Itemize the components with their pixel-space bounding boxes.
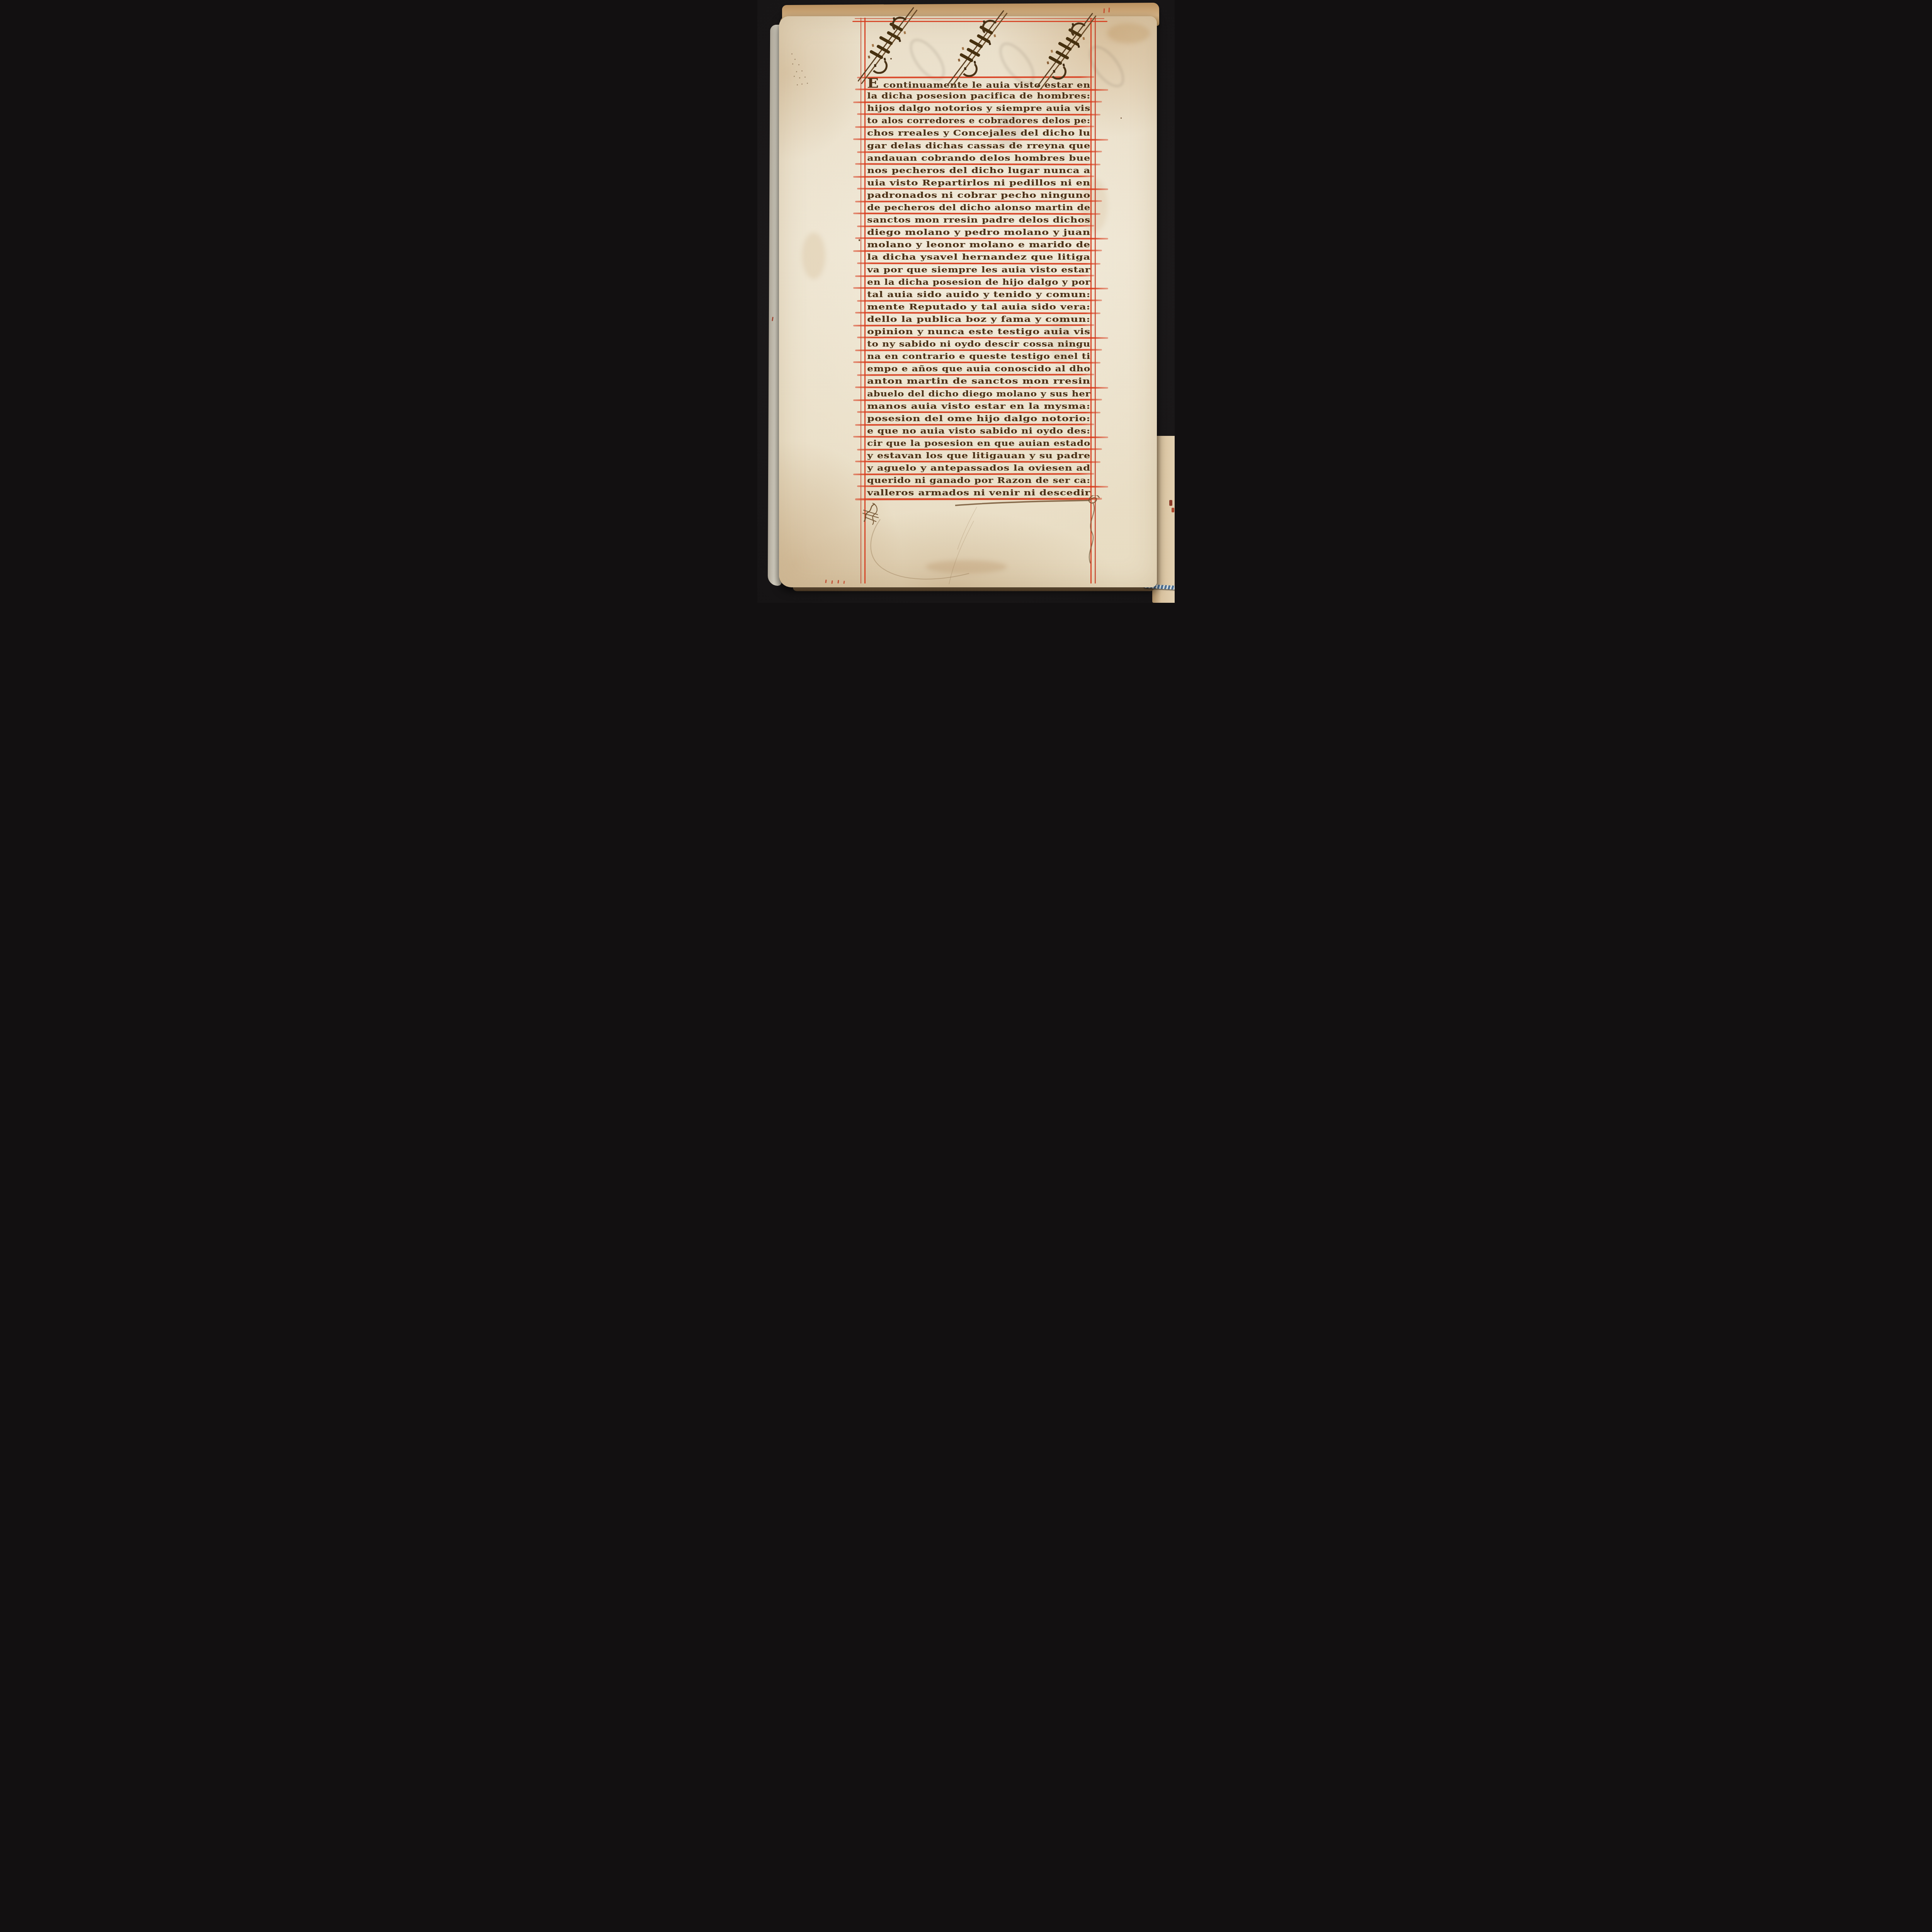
manuscript-line-text: to alos corredores e cobradores delos pe…	[867, 115, 1090, 126]
pricking-dot	[797, 84, 798, 85]
manuscript-line-text: y estavan los que litigauan y su padre	[867, 450, 1090, 461]
manuscript-line: e que no auia visto sabido ni oydo des:	[867, 425, 1090, 437]
manuscript-line-text: sanctos mon rresin padre delos dichos	[867, 214, 1090, 226]
parchment-stain	[802, 233, 825, 279]
manuscript-line: la dicha posesion pacifica de hombres:	[867, 90, 1090, 102]
manuscript-line: to ny sabido ni oydo descir cossa ningu	[867, 338, 1090, 350]
manuscript-line-text: y aguelo y antepassados la oviesen ad	[867, 462, 1090, 474]
manuscript-line-text: opinion y nunca este testigo auia vis	[867, 326, 1090, 337]
manuscript-line-text: la dicha posesion pacifica de hombres:	[867, 90, 1090, 102]
manuscript-line: gar delas dichas cassas de rreyna que	[867, 140, 1090, 151]
manuscript-line-text: mente Reputado y tal auia sido vera:	[867, 301, 1090, 313]
manuscript-line: na en contrario e queste testigo enel ti	[867, 350, 1090, 362]
manuscript-line: anton martin de sanctos mon rresin	[867, 375, 1090, 387]
manuscript-line: tal auia sido auido y tenido y comun:	[867, 289, 1090, 300]
manuscript-line: hijos dalgo notorios y siempre auia vis	[867, 102, 1090, 114]
manuscript-line-text: uia visto Repartirlos ni pedillos ni en	[867, 177, 1090, 189]
manuscript-line: molano y leonor molano e marido de	[867, 239, 1090, 250]
manuscript-line-text: posesion del ome hijo dalgo notorio:	[867, 413, 1090, 424]
manuscript-line-text: abuelo del dicho diego molano y sus her	[867, 388, 1090, 400]
manuscript-line: sanctos mon rresin padre delos dichos	[867, 214, 1090, 226]
manuscript-line-text: de pecheros del dicho alonso martin de	[867, 202, 1090, 213]
manuscript-line-text: andauan cobrando delos hombres bue	[867, 152, 1090, 164]
pricking-dot	[801, 70, 803, 71]
manuscript-line: y estavan los que litigauan y su padre	[867, 450, 1090, 461]
manuscript-line: posesion del ome hijo dalgo notorio:	[867, 413, 1090, 424]
manuscript-line-text: manos auia visto estar en la mysma:	[867, 400, 1090, 412]
manuscript-line-text: nos pecheros del dicho lugar nunca a	[867, 165, 1090, 176]
manuscript-line-text: gar delas dichas cassas de rreyna que	[867, 140, 1090, 151]
ink-closing-rule-icon	[954, 495, 1108, 573]
pricking-dot	[798, 64, 799, 65]
manuscript-line: opinion y nunca este testigo auia vis	[867, 326, 1090, 337]
manuscript-line-text: hijos dalgo notorios y siempre auia vis	[867, 102, 1090, 114]
red-edge-fragment	[1172, 508, 1174, 512]
manuscript-line: dello la publica boz y fama y comun:	[867, 313, 1090, 325]
manuscript-line-text: padronados ni cobrar pecho ninguno	[867, 189, 1090, 201]
manuscript-line: y aguelo y antepassados la oviesen ad	[867, 462, 1090, 474]
manuscript-line: uia visto Repartirlos ni pedillos ni en	[867, 177, 1090, 189]
manuscript-line: va por que siempre les auia visto estar	[867, 264, 1090, 276]
manuscript-line: manos auia visto estar en la mysma:	[867, 400, 1090, 412]
manuscript-line-text: tal auia sido auido y tenido y comun:	[867, 289, 1090, 300]
manuscript-line-text: va por que siempre les auia visto estar	[867, 264, 1090, 276]
manuscript-line: cir que la posesion en que auian estado	[867, 437, 1090, 449]
manuscript-line-text: querido ni ganado por Razon de ser ca:	[867, 474, 1090, 486]
manuscript-line: diego molano y pedro molano y juan	[867, 226, 1090, 238]
manuscript-line-text: molano y leonor molano e marido de	[867, 239, 1090, 250]
manuscript-line-text: empo e años que auia conoscido al dho	[867, 363, 1090, 374]
manuscript-line-text: anton martin de sanctos mon rresin	[867, 375, 1090, 387]
pricking-dot	[801, 83, 803, 85]
manuscript-line: querido ni ganado por Razon de ser ca:	[867, 474, 1090, 486]
manuscript-line: en la dicha posesion de hijo dalgo y por	[867, 276, 1090, 288]
next-leaf-ruling-tick	[837, 580, 839, 583]
parchment-stain	[1107, 23, 1150, 43]
manuscript-line-text: chos rreales y Concejales del dicho lu	[867, 127, 1090, 139]
pricking-dot	[796, 71, 797, 72]
next-leaf-ruling-tick	[825, 580, 827, 583]
manuscript-line-text: na en contrario e queste testigo enel ti	[867, 350, 1090, 362]
manuscript-line: abuelo del dicho diego molano y sus her	[867, 388, 1090, 400]
pricking-dot	[804, 77, 806, 78]
manuscript-line: empo e años que auia conoscido al dho	[867, 363, 1090, 374]
manuscript-line: de pecheros del dicho alonso martin de	[867, 202, 1090, 213]
manuscript-line: to alos corredores e cobradores delos pe…	[867, 115, 1090, 126]
next-leaf-ruling-tick	[831, 580, 833, 584]
manuscript-line: andauan cobrando delos hombres bue	[867, 152, 1090, 164]
manuscript-line: la dicha ysavel hernandez que litiga	[867, 251, 1090, 263]
ink-speck	[859, 239, 860, 241]
manuscript-line-text: la dicha ysavel hernandez que litiga	[867, 251, 1090, 263]
behind-leaf-red-ruling-tick	[1109, 8, 1110, 12]
manuscript-line: chos rreales y Concejales del dicho lu	[867, 127, 1090, 139]
pricking-dot	[807, 83, 808, 84]
manuscript-line-text: cir que la posesion en que auian estado	[867, 437, 1090, 449]
manuscript-line: padronados ni cobrar pecho ninguno	[867, 189, 1090, 201]
pricking-dot	[799, 77, 800, 78]
pricking-dot	[794, 76, 795, 77]
manuscript-line-text: diego molano y pedro molano y juan	[867, 226, 1090, 238]
ink-speck	[1121, 117, 1122, 119]
manuscript-line-text: e que no auia visto sabido ni oydo des:	[867, 425, 1090, 437]
pricking-dot	[791, 53, 793, 54]
red-edge-fragment	[1169, 500, 1172, 506]
manuscript-line-text: en la dicha posesion de hijo dalgo y por	[867, 276, 1090, 288]
pricking-dot	[794, 59, 796, 60]
manuscript-line-text: dello la publica boz y fama y comun:	[867, 313, 1090, 325]
behind-leaf-red-ruling-tick	[1104, 9, 1105, 13]
manuscript-line: nos pecheros del dicho lugar nunca a	[867, 165, 1090, 176]
manuscript-line-text: to ny sabido ni oydo descir cossa ningu	[867, 338, 1090, 350]
photographed-manuscript: E continuamente le auia visto estar enla…	[757, 0, 1175, 603]
pricking-dot	[792, 63, 793, 65]
manuscript-page: E continuamente le auia visto estar enla…	[779, 16, 1157, 587]
manuscript-line: mente Reputado y tal auia sido vera:	[867, 301, 1090, 313]
next-leaf-ruling-tick	[843, 581, 845, 584]
